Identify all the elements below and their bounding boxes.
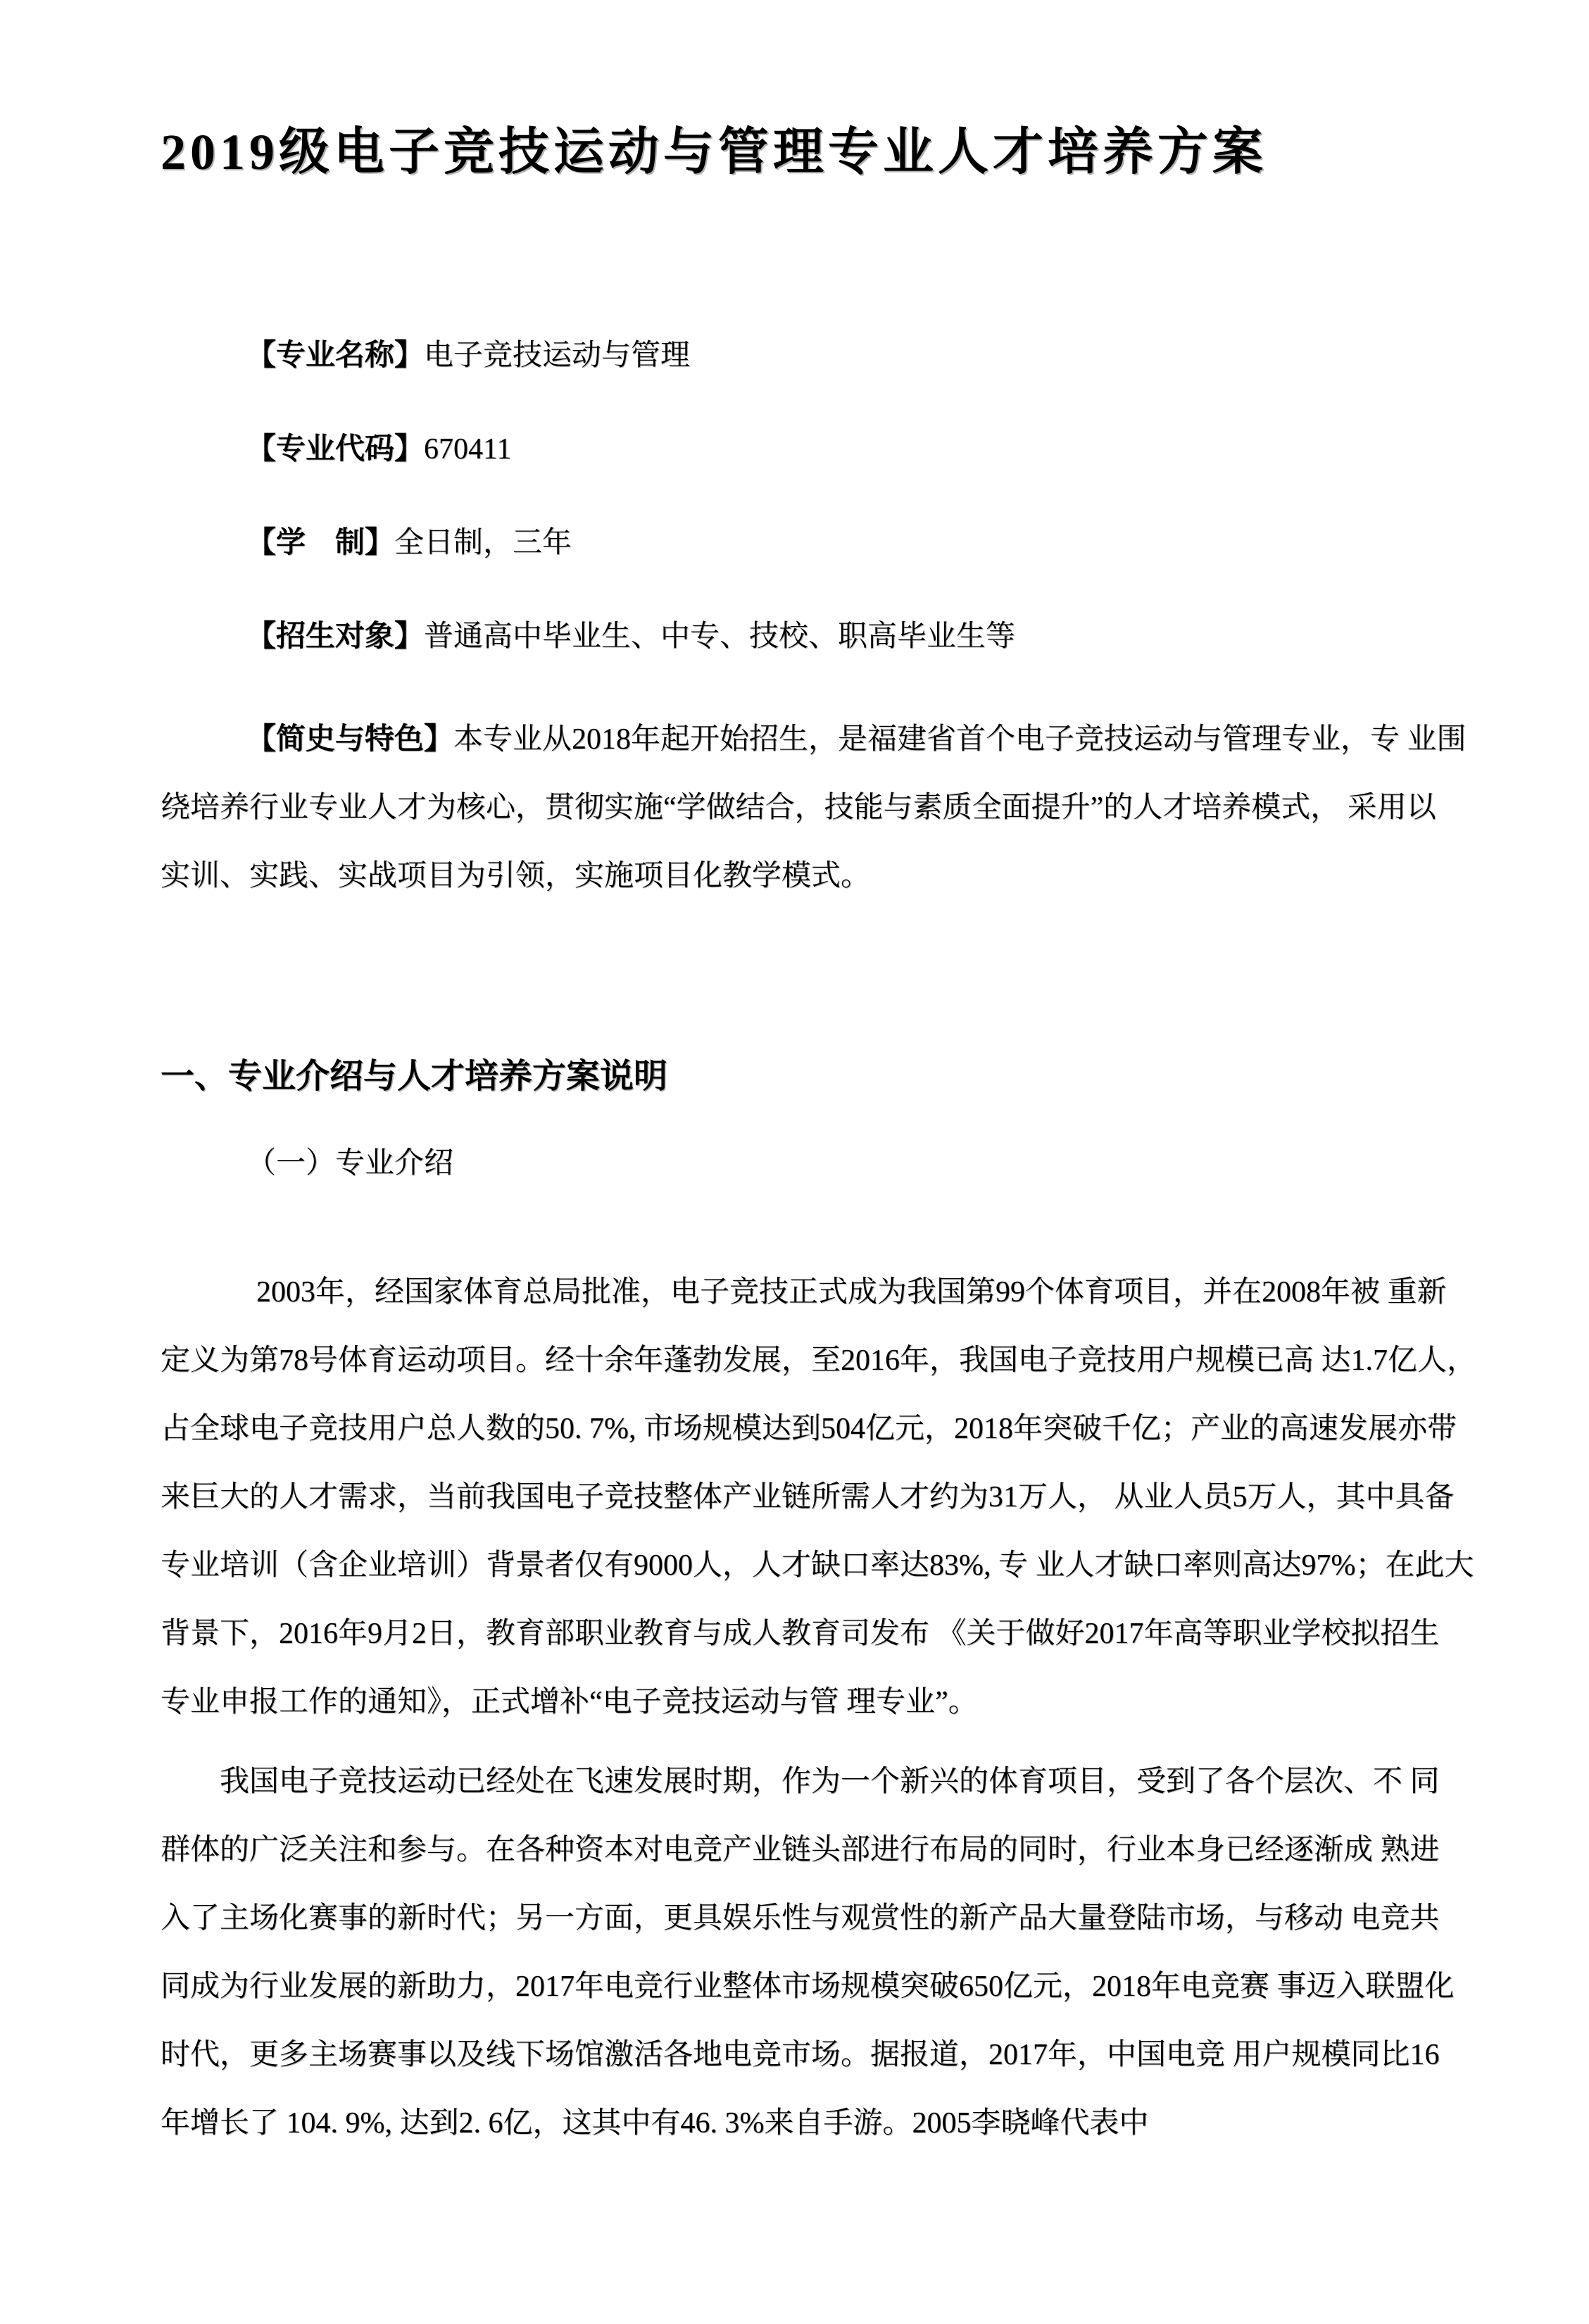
body-line: 年增长了 104. 9%, 达到2. 6亿，这其中有46. 3%来自手游。200…: [161, 2089, 1438, 2158]
body-line: 入了主场化赛事的新时代；另一方面，更具娱乐性与观赏性的新产品大量登陆市场，与移动…: [161, 1885, 1438, 1953]
meta-label: 【招生对象】: [246, 620, 424, 653]
paragraph-industry-development: 我国电子竞技运动已经处在飞速发展时期，作为一个新兴的体育项目，受到了各个层次、不…: [161, 1748, 1438, 2158]
meta-value: 全日制，三年: [394, 527, 572, 559]
body-line: 2003年，经国家体育总局批准，电子竞技正式成为我国第99个体育项目，并在200…: [161, 1258, 1438, 1327]
body-line: 同成为行业发展的新助力，2017年电竞行业整体市场规模突破650亿元，2018年…: [161, 1953, 1438, 2021]
body-line: 【简史与特色】本专业从2018年起开始招生，是福建省首个电子竞技运动与管理专业，…: [161, 706, 1438, 774]
subsection-heading-1-1: （一）专业介绍: [246, 1142, 453, 1185]
body-line: 定义为第78号体育运动项目。经十余年蓬勃发展，至2016年，我国电子竞技用户规模…: [161, 1327, 1438, 1395]
body-line: 占全球电子竞技用户总人数的50. 7%, 市场规模达到504亿元，2018年突破…: [161, 1395, 1438, 1463]
body-line: 来巨大的人才需求，当前我国电子竞技整体产业链所需人才约为31万人， 从业人员5万…: [161, 1463, 1438, 1532]
body-line: 绕培养行业专业人才为核心，贯彻实施“学做结合，技能与素质全面提升”的人才培养模式…: [161, 774, 1438, 842]
meta-row-major-code: 【专业代码】670411: [246, 428, 511, 470]
meta-value: 普通高中毕业生、中专、技校、职高毕业生等: [424, 620, 1015, 653]
document-page: 2019级电子竞技运动与管理专业人才培养方案 【专业名称】电子竞技运动与管理 【…: [0, 0, 1589, 2324]
meta-label: 【专业名称】: [246, 339, 424, 372]
paragraph-history-features: 【简史与特色】本专业从2018年起开始招生，是福建省首个电子竞技运动与管理专业，…: [161, 706, 1438, 911]
history-text: 本专业从2018年起开始招生，是福建省首个电子竞技运动与管理专业，专 业围: [453, 723, 1466, 756]
meta-row-major-name: 【专业名称】电子竞技运动与管理: [246, 335, 690, 377]
body-line: 我国电子竞技运动已经处在飞速发展时期，作为一个新兴的体育项目，受到了各个层次、不…: [161, 1748, 1438, 1816]
body-line: 专业培训（含企业培训）背景者仅有9000人，人才缺口率达83%, 专 业人才缺口…: [161, 1532, 1438, 1600]
paragraph-major-introduction: 2003年，经国家体育总局批准，电子竞技正式成为我国第99个体育项目，并在200…: [161, 1258, 1438, 1737]
body-line: 实训、实践、实战项目为引领，实施项目化教学模式。: [161, 842, 1438, 911]
body-line: 时代，更多主场赛事以及线下场馆激活各地电竞市场。据报道，2017年，中国电竞 用…: [161, 2021, 1438, 2089]
section-heading-1: 一、专业介绍与人才培养方案说明: [161, 1054, 667, 1100]
meta-label: 【专业代码】: [246, 433, 424, 466]
meta-value: 670411: [424, 433, 511, 466]
meta-row-schooling-length: 【学 制】全日制，三年: [246, 522, 572, 564]
body-line: 背景下，2016年9月2日，教育部职业教育与成人教育司发布 《关于做好2017年…: [161, 1600, 1438, 1668]
history-label: 【简史与特色】: [246, 723, 453, 756]
meta-label: 【学 制】: [246, 527, 394, 559]
body-line: 专业申报工作的通知》，正式增补“电子竞技运动与管 理专业”。: [161, 1668, 1438, 1737]
body-line: 群体的广泛关注和参与。在各种资本对电竞产业链头部进行布局的同时，行业本身已经逐渐…: [161, 1816, 1438, 1885]
meta-row-enrollment-target: 【招生对象】普通高中毕业生、中专、技校、职高毕业生等: [246, 616, 1015, 658]
document-title: 2019级电子竞技运动与管理专业人才培养方案: [161, 117, 1267, 187]
meta-value: 电子竞技运动与管理: [424, 339, 690, 372]
